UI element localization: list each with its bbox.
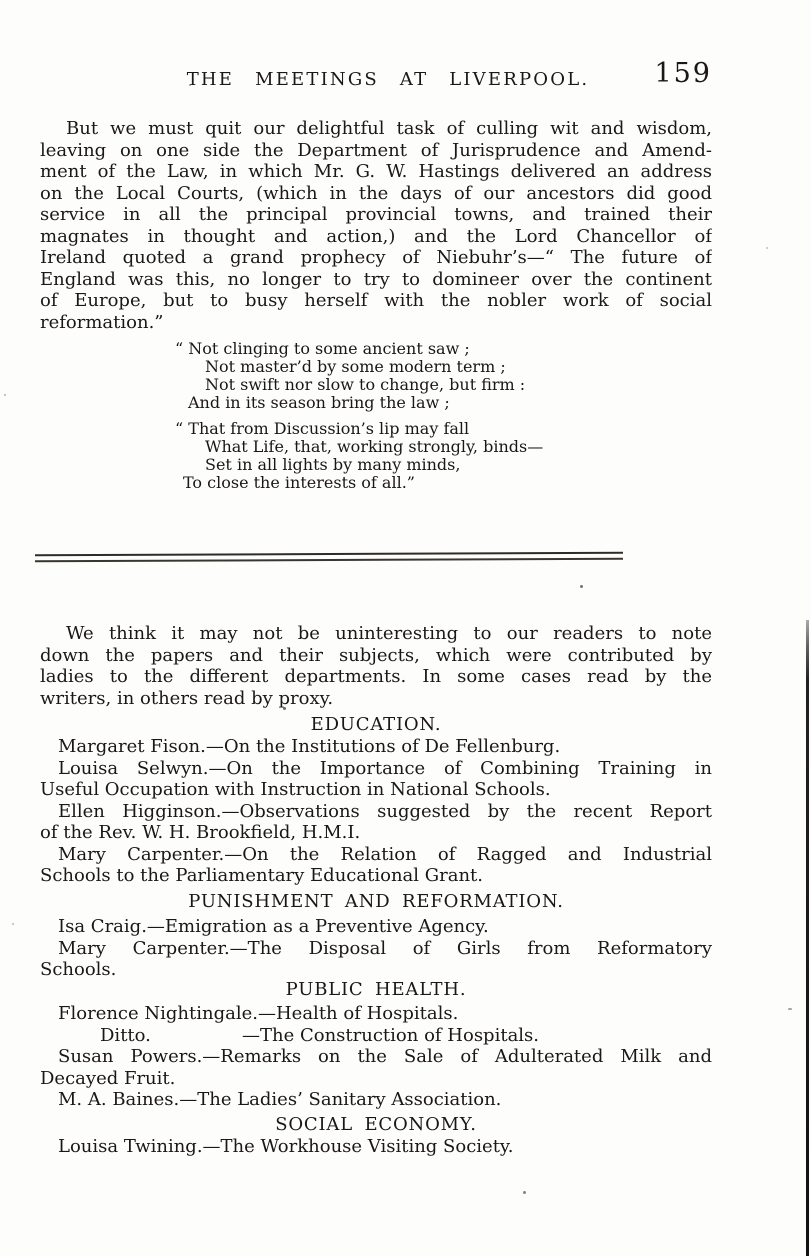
entry-line: —The Construction of Hospitals.	[242, 1025, 539, 1047]
entry-line: M. A. Baines.—The Ladies’ Sanitary Assoc…	[40, 1089, 712, 1111]
punishment-entries: Isa Craig.—Emigration as a Preventive Ag…	[40, 916, 712, 981]
scan-speck	[12, 923, 14, 925]
entry-line: Florence Nightingale.—Health of Hospital…	[40, 1003, 712, 1025]
scan-speck	[189, 84, 191, 86]
entry-line: Schools to the Parliamentary Educational…	[40, 865, 712, 887]
entry-line: Isa Craig.—Emigration as a Preventive Ag…	[40, 916, 712, 938]
ditto-label: Ditto.	[100, 1025, 151, 1047]
entry-line: Louisa Twining.—The Workhouse Visiting S…	[40, 1136, 712, 1158]
entry-line: Mary Carpenter.—The Disposal of Girls fr…	[40, 938, 712, 960]
paper-entry: M. A. Baines.—The Ladies’ Sanitary Assoc…	[40, 1089, 712, 1111]
paper-entry: Susan Powers.—Remarks on the Sale of Adu…	[40, 1046, 712, 1089]
entry-line: Ellen Higginson.—Observations suggested …	[40, 801, 712, 823]
section-heading-public-health: PUBLIC HEALTH.	[40, 979, 712, 1000]
scan-speck	[580, 585, 583, 588]
public-health-entries: Florence Nightingale.—Health of Hospital…	[40, 1003, 712, 1111]
section-heading-punishment-and-reformation: PUNISHMENT AND REFORMATION.	[40, 891, 712, 912]
scan-speck	[766, 247, 768, 249]
text-line: ladies to the different departments. In …	[40, 666, 712, 688]
text-line: We think it may not be uninteresting to …	[40, 623, 712, 645]
paper-entry-ditto: Ditto. —The Construction of Hospitals.	[40, 1025, 712, 1047]
entry-line: Margaret Fison.—On the Institutions of D…	[40, 736, 712, 758]
scan-speck	[523, 1191, 526, 1194]
entry-line: Mary Carpenter.—On the Relation of Ragge…	[40, 844, 712, 866]
entry-line: Useful Occupation with Instruction in Na…	[40, 779, 712, 801]
scanned-book-page: THE MEETINGS AT LIVERPOOL. 159 But we mu…	[0, 0, 811, 1256]
entry-line: Susan Powers.—Remarks on the Sale of Adu…	[40, 1046, 712, 1068]
paper-entry: Louisa Twining.—The Workhouse Visiting S…	[40, 1136, 712, 1158]
entry-line: Decayed Fruit.	[40, 1068, 712, 1090]
paper-entry: Mary Carpenter.—The Disposal of Girls fr…	[40, 938, 712, 981]
entry-line: of the Rev. W. H. Brookfield, H.M.I.	[40, 822, 712, 844]
scan-speck	[4, 394, 6, 396]
entry-line: Schools.	[40, 959, 712, 981]
education-entries: Margaret Fison.—On the Institutions of D…	[40, 736, 712, 887]
text-line: writers, in others read by proxy.	[40, 688, 712, 710]
paper-entry: Margaret Fison.—On the Institutions of D…	[40, 736, 712, 758]
scan-speck	[283, 707, 286, 710]
section-heading-social-economy: SOCIAL ECONOMY.	[40, 1114, 712, 1135]
scan-speck	[788, 1008, 792, 1010]
paper-entry: Florence Nightingale.—Health of Hospital…	[40, 1003, 712, 1025]
text-line: down the papers and their subjects, whic…	[40, 645, 712, 667]
paper-entry: Mary Carpenter.—On the Relation of Ragge…	[40, 844, 712, 887]
social-economy-entries: Louisa Twining.—The Workhouse Visiting S…	[40, 1136, 712, 1158]
text-column-lower: We think it may not be uninteresting to …	[40, 0, 712, 1256]
entry-line: Louisa Selwyn.—On the Importance of Comb…	[40, 758, 712, 780]
paragraph-2: We think it may not be uninteresting to …	[40, 623, 712, 709]
section-heading-education: EDUCATION.	[40, 714, 712, 735]
paper-entry: Louisa Selwyn.—On the Importance of Comb…	[40, 758, 712, 801]
scan-page-edge-line	[806, 620, 809, 1256]
paper-entry: Isa Craig.—Emigration as a Preventive Ag…	[40, 916, 712, 938]
paper-entry: Ellen Higginson.—Observations suggested …	[40, 801, 712, 844]
